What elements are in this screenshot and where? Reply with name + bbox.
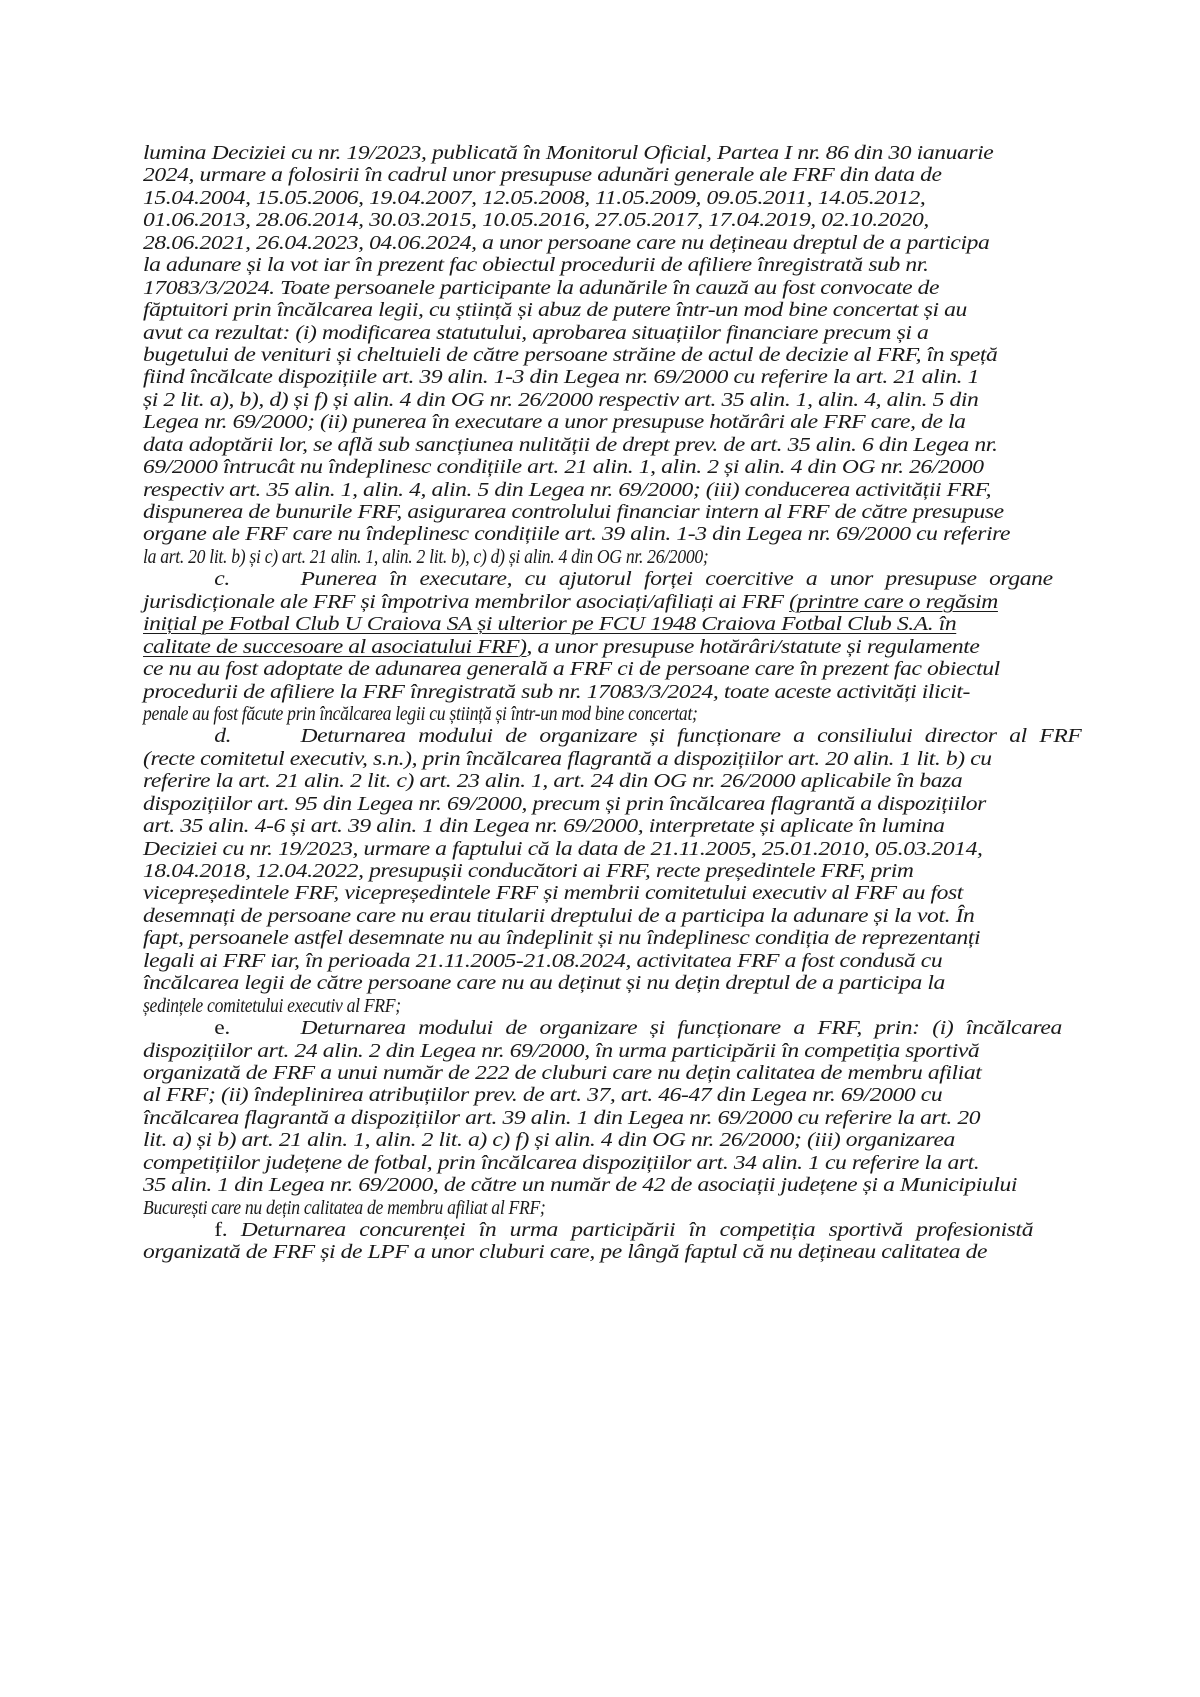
text-line: lumina Deciziei cu nr. 19/2023, publicat… <box>143 142 993 164</box>
text-line: 15.04.2004, 15.05.2006, 19.04.2007, 12.0… <box>143 187 925 209</box>
document-body: lumina Deciziei cu nr. 19/2023, publicat… <box>143 142 1089 1264</box>
section-d-first-line: Deturnarea modului de organizare și func… <box>301 725 1082 747</box>
text-line: 01.06.2013, 28.06.2014, 30.03.2015, 10.0… <box>143 209 928 231</box>
section-c-heading-line: c.Punerea în executare, cu ajutorul forț… <box>143 568 1053 590</box>
text-line: respectiv art. 35 alin. 1, alin. 4, alin… <box>143 479 991 501</box>
section-f-first-line: Deturnarea concurenței în urma participă… <box>241 1219 1033 1241</box>
text-line: ședințele comitetului executiv al FRF; <box>143 995 401 1017</box>
document-page: lumina Deciziei cu nr. 19/2023, publicat… <box>0 0 1200 1697</box>
text-line: încălcarea flagrantă a dispozițiilor art… <box>143 1107 980 1129</box>
text-line: 28.06.2021, 26.04.2023, 04.06.2024, a un… <box>143 232 989 254</box>
text-line: vicepreședintele FRF, vicepreședintele F… <box>143 882 963 904</box>
text-line: jurisdicționale ale FRF și împotriva mem… <box>143 591 997 613</box>
section-c-line2-plain: jurisdicționale ale FRF și împotriva mem… <box>143 591 789 613</box>
text-line: făptuitori prin încălcarea legii, cu ști… <box>143 299 966 321</box>
text-line: bugetului de venituri și cheltuieli de c… <box>143 344 997 366</box>
text-line: dispozițiilor art. 24 alin. 2 din Legea … <box>143 1040 979 1062</box>
text-line: Deciziei cu nr. 19/2023, urmare a faptul… <box>143 838 983 860</box>
text-line: art. 35 alin. 4-6 și art. 39 alin. 1 din… <box>143 815 945 837</box>
text-line: procedurii de afiliere la FRF înregistra… <box>143 681 970 703</box>
text-line: dispunerea de bunurile FRF, asigurarea c… <box>143 501 1003 523</box>
text-line: organizată de FRF și de LPF a unor clubu… <box>143 1241 987 1263</box>
text-line: referire la art. 21 alin. 2 lit. c) art.… <box>143 770 962 792</box>
underlined-text: (printre care o regăsim <box>789 591 998 613</box>
text-line: 35 alin. 1 din Legea nr. 69/2000, de căt… <box>143 1174 1017 1196</box>
section-f-heading-line: f. Deturnarea concurenței în urma partic… <box>143 1219 1033 1241</box>
text-line: și 2 lit. a), b), d) și f) și alin. 4 di… <box>143 389 978 411</box>
text-line: 69/2000 întrucât nu îndeplinesc condiții… <box>143 456 984 478</box>
text-line: 2024, urmare a folosirii în cadrul unor … <box>143 164 941 186</box>
text-line: avut ca rezultat: (i) modificarea statut… <box>143 322 928 344</box>
underlined-text: inițial pe Fotbal Club U Craiova SA și u… <box>143 613 956 635</box>
underlined-text: calitate de succesoare al asociatului FR… <box>143 636 527 658</box>
text-line: încălcarea legii de către persoane care … <box>143 972 945 994</box>
text-line: la adunare și la vot iar în prezent fac … <box>143 254 928 276</box>
section-e-label: e. <box>214 1017 300 1039</box>
text-line: 18.04.2018, 12.04.2022, presupușii condu… <box>143 860 914 882</box>
text-line: la art. 20 lit. b) și c) art. 21 alin. 1… <box>143 546 708 568</box>
section-e-heading-line: e.Deturnarea modului de organizare și fu… <box>143 1017 1062 1039</box>
text-line: competițiilor județene de fotbal, prin î… <box>143 1152 979 1174</box>
text-line: 17083/3/2024. Toate persoanele participa… <box>143 277 939 299</box>
section-d-label: d. <box>214 725 300 747</box>
text-line: calitate de succesoare al asociatului FR… <box>143 636 979 658</box>
text-line: penale au fost făcute prin încălcarea le… <box>143 703 698 725</box>
text-line: desemnați de persoane care nu erau titul… <box>143 905 974 927</box>
text-line: data adoptării lor, se află sub sancțiun… <box>143 434 997 456</box>
section-c-line4-plain: , a unor presupuse hotărâri/statute și r… <box>527 636 980 658</box>
section-c-first-line: Punerea în executare, cu ajutorul forței… <box>301 568 1053 590</box>
text-line: inițial pe Fotbal Club U Craiova SA și u… <box>143 613 956 635</box>
text-line: organizată de FRF a unui număr de 222 de… <box>143 1062 981 1084</box>
section-d-heading-line: d.Deturnarea modului de organizare și fu… <box>143 725 1081 747</box>
text-line: legali ai FRF iar, în perioada 21.11.200… <box>143 950 942 972</box>
text-line: dispozițiilor art. 95 din Legea nr. 69/2… <box>143 793 986 815</box>
text-line: al FRF; (ii) îndeplinirea atribuțiilor p… <box>143 1084 942 1106</box>
text-line: organe ale FRF care nu îndeplinesc condi… <box>143 523 1010 545</box>
section-f-label: f. <box>214 1219 227 1241</box>
text-line: Legea nr. 69/2000; (ii) punerea în execu… <box>143 411 965 433</box>
text-line: ce nu au fost adoptate de adunarea gener… <box>143 658 1000 680</box>
text-line: București care nu dețin calitatea de mem… <box>143 1197 545 1219</box>
text-line: (recte comitetul executiv, s.n.), prin î… <box>143 748 992 770</box>
text-line: lit. a) și b) art. 21 alin. 1, alin. 2 l… <box>143 1129 955 1151</box>
section-e-first-line: Deturnarea modului de organizare și func… <box>301 1017 1062 1039</box>
text-line: fapt, persoanele astfel desemnate nu au … <box>143 927 980 949</box>
text-line: fiind încălcate dispozițiile art. 39 ali… <box>143 366 979 388</box>
section-c-label: c. <box>214 568 300 590</box>
